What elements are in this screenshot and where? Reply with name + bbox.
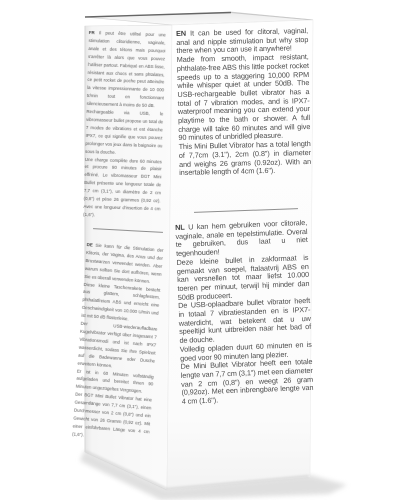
fr-paragraph-text: Il peut être utilisé pour une stimulatio…: [87, 30, 166, 108]
nl-paragraph: De USB-oplaadbare bullet vibrator heeft …: [178, 297, 312, 346]
fr-paragraph: Une charge complète dure 60 minutes et p…: [83, 155, 162, 221]
fr-paragraph: FR Il peut être utilisé pour une stimula…: [87, 29, 166, 110]
de-paragraph: Der BGT Mini Bullet Vibrator hat eine Ge…: [72, 391, 152, 444]
de-paragraph-text: Sie kann für die Stimulation der Klitori…: [84, 243, 164, 284]
de-text-section: DE Sie kann für die Stimulation der Klit…: [72, 241, 164, 444]
de-paragraph: Diese kleine Taschenrakete besteht aus g…: [81, 280, 161, 325]
de-paragraph: DE Sie kann für die Stimulation der Klit…: [84, 241, 164, 286]
nl-paragraph-text: U kan hem gebruiken voor clitorale, vagi…: [175, 218, 308, 258]
fr-language-code: FR: [89, 30, 95, 35]
en-text-section: EN It can be used for clitoral, vaginal,…: [176, 27, 311, 178]
nl-paragraph: De Mini Bullet Vibrator heeft een totale…: [180, 358, 314, 407]
en-paragraph-text: It can be used for clitoral, vaginal, an…: [176, 26, 308, 55]
en-paragraph: Made from smooth, impact resistant, phth…: [177, 53, 311, 143]
en-paragraph: This Mini Bullet Vibrator has a total le…: [179, 140, 312, 178]
nl-paragraph: Deze kleine bullet in zakformaat is gema…: [176, 254, 310, 303]
nl-text-section: NL U kan hem gebruiken voor clitorale, v…: [175, 219, 314, 407]
product-box-photo: FR Il peut être utilisé pour une stimula…: [0, 0, 400, 500]
fr-text-section: FR Il peut être utilisé pour une stimula…: [83, 29, 166, 221]
de-paragraph: Der USB-wiederaufladbare Kugelvibrator v…: [77, 320, 157, 373]
de-language-code: DE: [87, 242, 93, 247]
fr-paragraph: Rechargeable via USB, le vibromasseur bu…: [85, 108, 163, 158]
